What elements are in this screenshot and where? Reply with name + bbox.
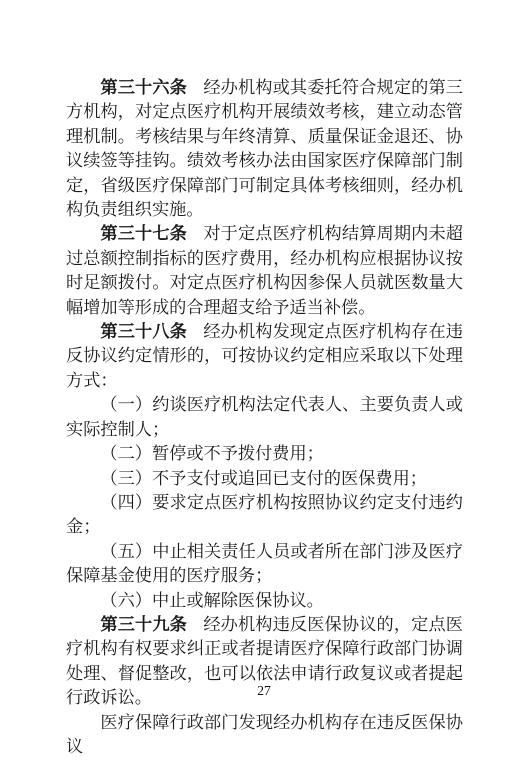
article-37-paragraph: 第三十七条对于定点医疗机构结算周期内未超过总额控制指标的医疗费用，经办机构应根据…: [66, 222, 463, 320]
article-38-item-4: （四）要求定点医疗机构按照协议约定支付违约金；: [66, 491, 463, 540]
document-page: 第三十六条经办机构或其委托符合规定的第三方机构，对定点医疗机构开展绩效考核，建立…: [0, 0, 528, 767]
article-38-item-5: （五）中止相关责任人员或者所在部门涉及医疗保障基金使用的医疗服务；: [66, 540, 463, 589]
article-39-number: 第三十九条: [100, 615, 187, 634]
article-36-text: 经办机构或其委托符合规定的第三方机构，对定点医疗机构开展绩效考核，建立动态管理机…: [66, 78, 463, 219]
article-38-number: 第三十八条: [100, 322, 187, 341]
article-38-item-2-text: （二）暂停或不予拨付费用；: [100, 444, 323, 463]
article-36-number: 第三十六条: [100, 78, 187, 97]
article-38-item-3-text: （三）不予支付或追回已支付的医保费用；: [100, 469, 427, 488]
article-38-paragraph: 第三十八条经办机构发现定点医疗机构存在违反协议约定情形的，可按协议约定相应采取以…: [66, 320, 463, 393]
article-39-continuation-text: 医疗保障行政部门发现经办机构存在违反医保协议: [66, 713, 463, 756]
article-38-item-5-text: （五）中止相关责任人员或者所在部门涉及医疗保障基金使用的医疗服务；: [66, 542, 463, 585]
article-38-item-3: （三）不予支付或追回已支付的医保费用；: [66, 467, 463, 491]
article-38-item-1: （一）约谈医疗机构法定代表人、主要负责人或实际控制人；: [66, 393, 463, 442]
article-37-number: 第三十七条: [100, 224, 187, 243]
article-38-item-6: （六）中止或解除医保协议。: [66, 589, 463, 613]
article-36-paragraph: 第三十六条经办机构或其委托符合规定的第三方机构，对定点医疗机构开展绩效考核，建立…: [66, 76, 463, 222]
article-38-item-4-text: （四）要求定点医疗机构按照协议约定支付违约金；: [66, 493, 463, 536]
document-body: 第三十六条经办机构或其委托符合规定的第三方机构，对定点医疗机构开展绩效考核，建立…: [66, 76, 463, 759]
article-39-continuation-paragraph: 医疗保障行政部门发现经办机构存在违反医保协议: [66, 711, 463, 760]
page-number: 27: [0, 683, 528, 699]
article-38-item-1-text: （一）约谈医疗机构法定代表人、主要负责人或实际控制人；: [66, 395, 463, 438]
article-38-item-2: （二）暂停或不予拨付费用；: [66, 442, 463, 466]
article-38-item-6-text: （六）中止或解除医保协议。: [100, 591, 323, 610]
